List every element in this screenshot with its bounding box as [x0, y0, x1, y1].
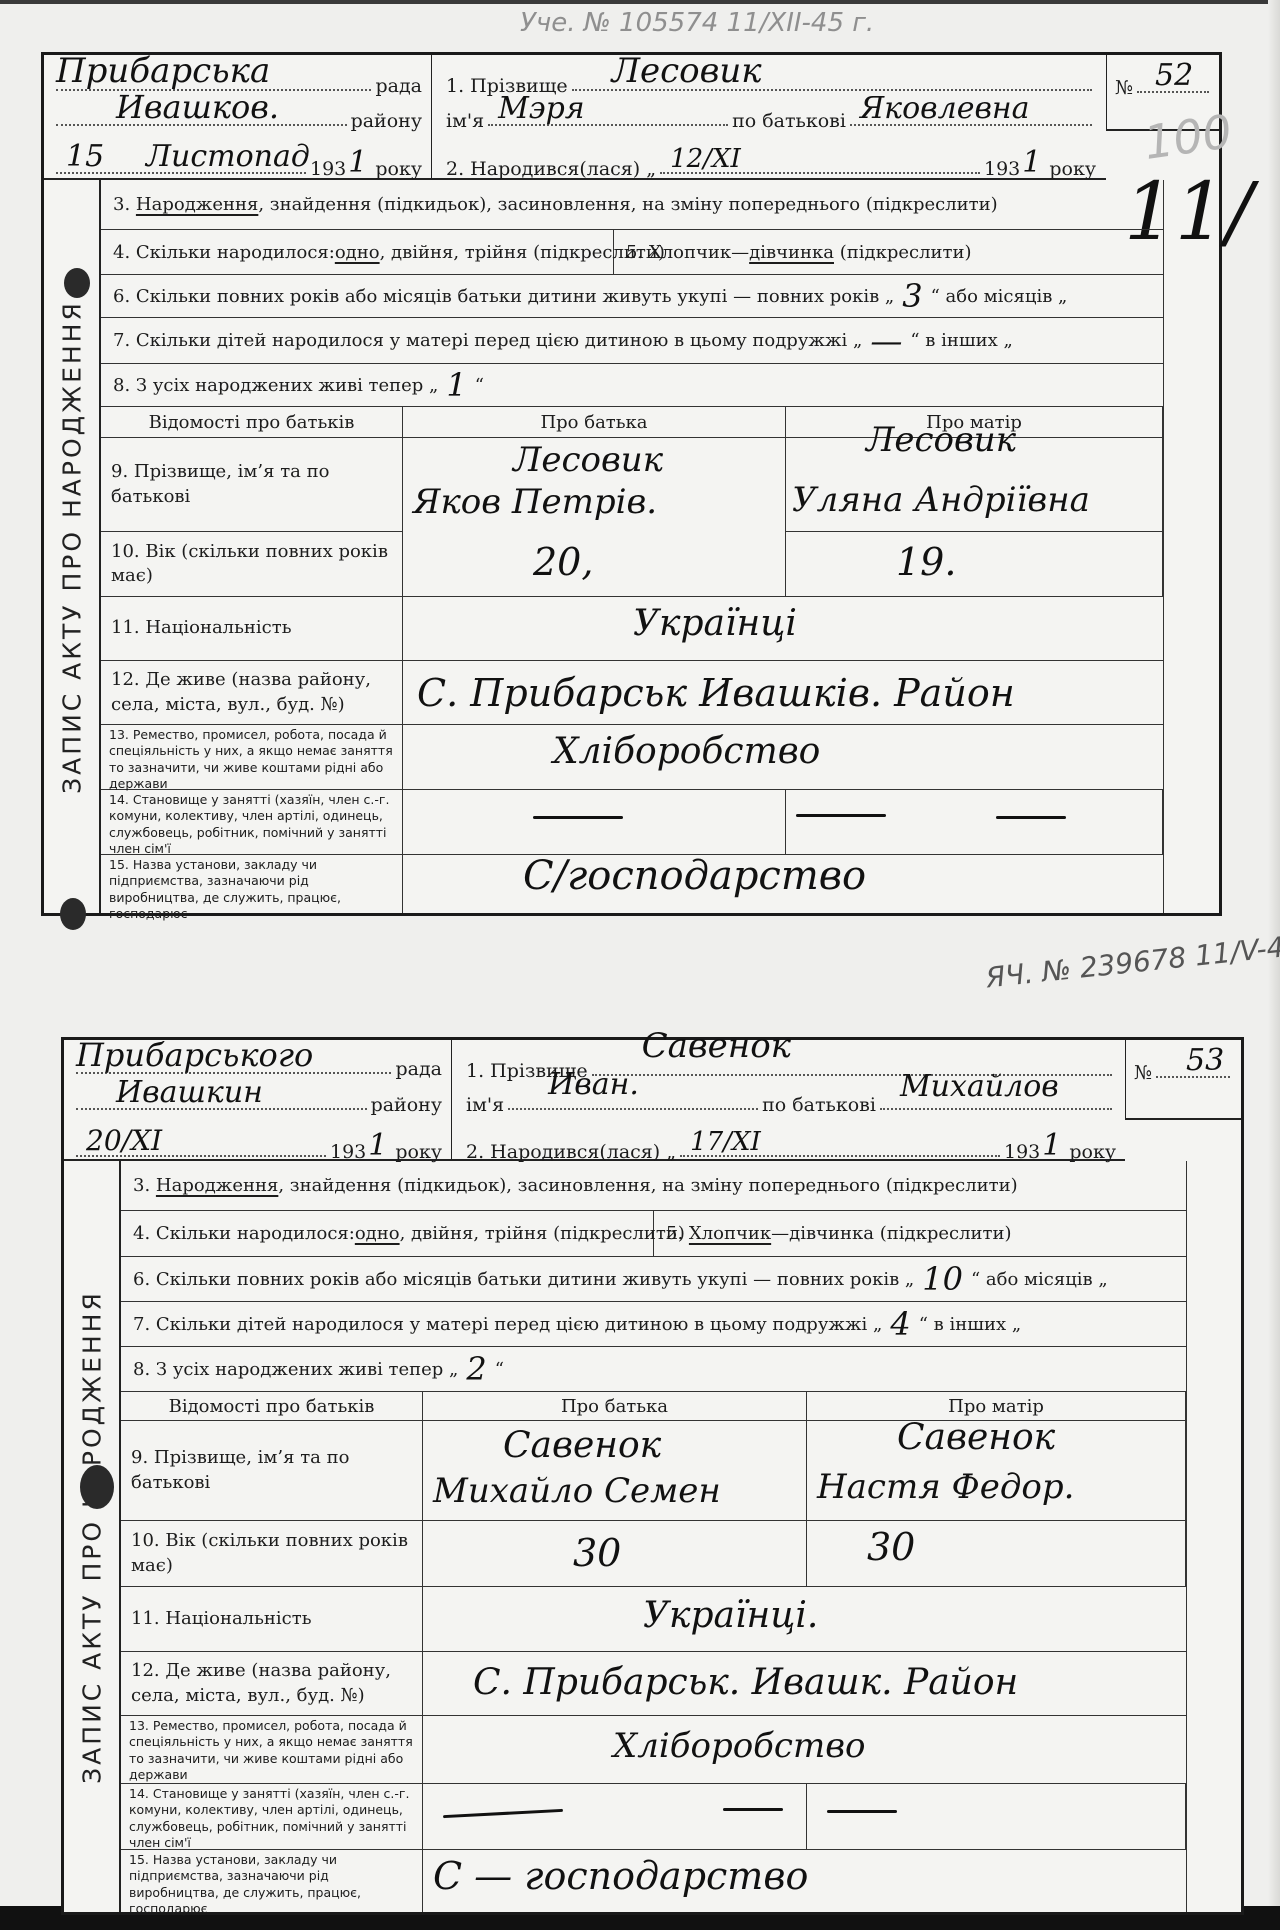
q7-label: 7. Скільки дітей народилося у матері пер…: [121, 1314, 882, 1335]
record-1-occupation-cell: Хліборобство: [403, 725, 1163, 790]
record-1-right-margin-column: [1163, 180, 1164, 913]
record-1-ink-blot-2: [60, 898, 86, 930]
record-2-residence: С. Прибарськ. Ивашк. Район: [473, 1662, 1018, 1703]
record-2-father-status-dash: [443, 1809, 563, 1818]
record-1-mother-surname: Лесовик: [866, 420, 1016, 460]
record-2-council-value: Прибарського: [76, 1036, 313, 1074]
patronymic-label: по батькові: [762, 1094, 876, 1116]
year-suffix: року: [1069, 1141, 1116, 1163]
year-prefix: 193: [310, 158, 346, 180]
q8-end-label: “: [475, 375, 484, 396]
record-2-mother-age-cell: 30: [807, 1521, 1186, 1587]
record-2-name-line: ім'я Иван. по батькові Михайлов: [466, 1094, 1116, 1116]
record-1-registry-office: Прибарська рада Ивашков. району 15Листоп…: [44, 55, 432, 180]
record-1-q4-q5-row: 4. Скільки народилося: одно, двійня, трі…: [101, 230, 1163, 275]
record-1-q6-row: 6. Скільки повних років або місяців бать…: [101, 275, 1163, 318]
record-1-mother-age-cell: 19.: [786, 532, 1163, 597]
record-2-q12-label: 12. Де живе (назва району, села, міста, …: [121, 1652, 423, 1716]
year-prefix: 193: [330, 1141, 366, 1163]
record-1-q9-label: 9. Прізвище, ім’я та по батькові: [101, 438, 403, 532]
council-suffix: рада: [395, 1058, 442, 1080]
record-2-workplace: С — господарство: [433, 1854, 808, 1898]
record-2-q14-label: 14. Становище у занятті (хазяїн, член с.…: [121, 1784, 423, 1850]
record-1-q12-label: 12. Де живе (назва району, села, міста, …: [101, 661, 403, 725]
record-2-district-line: Ивашкин району: [72, 1094, 442, 1116]
record-2-pencil-note: ЯЧ. № 239678 11/V-49: [984, 928, 1280, 994]
record-1-nationality: Українці: [633, 603, 797, 644]
record-2-father-name-cell: Савенок Михайло Семен: [423, 1421, 807, 1521]
record-2-birth-year-digit: 1: [1042, 1128, 1061, 1163]
record-1-council-value: Прибарська: [56, 51, 270, 91]
record-2-child-identity: 1. Прізвище Савенок ім'я Иван. по батько…: [452, 1040, 1125, 1161]
record-1-pencil-note: Уче. № 105574 11/XII-45 г.: [520, 8, 874, 38]
record-2-children-before: 4: [890, 1305, 910, 1343]
record-1-name-value: Мэря: [498, 91, 585, 126]
name-label: ім'я: [446, 110, 484, 132]
record-1-mother-status-dash-2: [996, 816, 1066, 819]
record-2-q4-q5-row: 4. Скільки народилося: одно, двійня, трі…: [121, 1211, 1186, 1257]
record-2-father-age: 30: [573, 1531, 621, 1575]
record-2-birth-date-value: 17/XI: [690, 1127, 761, 1157]
q6-label: 6. Скільки повних років або місяців бать…: [121, 1269, 914, 1290]
record-1-children-before: —: [870, 322, 902, 360]
page-right-edge: [1268, 0, 1280, 1930]
record-2-father-header: Про батька: [423, 1392, 807, 1421]
year-suffix: року: [395, 1141, 442, 1163]
year-prefix: 193: [984, 158, 1020, 180]
record-1-workplace: С/господарство: [523, 853, 866, 899]
record-1-father-name: Яков Петрів.: [413, 482, 657, 522]
record-2-q11-label: 11. Національність: [121, 1587, 423, 1652]
record-1-father-status-cell: [403, 790, 786, 855]
record-1-q8-row: 8. З усіх народжених живі тепер „ 1 “: [101, 364, 1163, 407]
year-prefix: 193: [1004, 1141, 1040, 1163]
record-2-district-value: Ивашкин: [116, 1075, 263, 1110]
record-2-father-status-dash-2: [723, 1808, 783, 1811]
record-2-q13-label: 13. Ремество, промисел, робота, посада й…: [121, 1716, 423, 1784]
q8-label: 8. З усіх народжених живі тепер „: [121, 1359, 458, 1380]
record-2-name-value: Иван.: [548, 1067, 639, 1102]
record-2-number-value: 53: [1186, 1043, 1224, 1078]
record-1-father-status-dash: [533, 816, 623, 819]
record-1-q13-label: 13. Ремество, промисел, робота, посада й…: [101, 725, 403, 790]
record-1-father-age-cell: 20,: [403, 532, 786, 597]
record-1-registration-month: Листопад: [146, 139, 310, 174]
record-2-q5-underlined: Хлопчик: [689, 1223, 771, 1244]
record-2-q6-row: 6. Скільки повних років або місяців бать…: [121, 1257, 1186, 1302]
patronymic-label: по батькові: [732, 110, 846, 132]
record-2-father-name: Михайло Семен: [433, 1471, 721, 1511]
record-2-form: Прибарського рада Ивашкин району 20/XI 1…: [61, 1037, 1244, 1915]
record-2-patronymic-value: Михайлов: [900, 1069, 1059, 1104]
record-1-number-line: № 52: [1115, 77, 1213, 99]
record-2-right-margin-column: [1186, 1161, 1187, 1912]
q3-label: 3. Народження, знайдення (підкидьок), за…: [101, 194, 998, 215]
record-2-margin-title: ЗАПИС АКТУ ПРО НАРОДЖЕННЯ: [77, 1290, 106, 1784]
record-2-margin-title-strip: ЗАПИС АКТУ ПРО НАРОДЖЕННЯ: [64, 1161, 121, 1912]
record-2-father-surname: Савенок: [503, 1425, 661, 1466]
record-1-workplace-cell: С/господарство: [403, 855, 1163, 913]
record-1-nationality-cell: Українці: [403, 597, 1163, 661]
record-1-q10-label: 10. Вік (скільки повних років має): [101, 532, 403, 597]
record-2-residence-cell: С. Прибарськ. Ивашк. Район: [423, 1652, 1186, 1716]
q6-label: 6. Скільки повних років або місяців бать…: [101, 286, 894, 307]
record-1-parents-header: Відомості про батьків: [101, 407, 403, 438]
record-1-registration-day: 15: [66, 139, 104, 174]
record-1-q3-row: 3. Народження, знайдення (підкидьок), за…: [101, 180, 1163, 230]
record-1-birth-date-value: 12/XI: [670, 144, 741, 174]
q5-label: 5. Хлопчик—дівчинка (підкреслити): [654, 1223, 1012, 1244]
record-1-occupation: Хліборобство: [553, 731, 820, 772]
record-1-mother-name: Уляна Андріївна: [792, 480, 1090, 520]
record-2-birth-date-line: 2. Народився(лася) „ 17/XI 1931 року: [466, 1128, 1116, 1163]
record-2-q3-row: 3. Народження, знайдення (підкидьок), за…: [121, 1161, 1186, 1211]
q6-end-label: “ або місяців „: [971, 1269, 1108, 1290]
q8-label: 8. З усіх народжених живі тепер „: [101, 375, 438, 396]
record-1-patronymic-value: Яковлевна: [860, 91, 1030, 126]
number-label: №: [1115, 77, 1133, 99]
record-2-q4-underlined: одно: [355, 1223, 400, 1244]
district-suffix: району: [351, 110, 422, 132]
record-2-ink-blot: [80, 1465, 114, 1509]
born-label: 2. Народився(лася) „: [466, 1141, 676, 1163]
record-1-q5-underlined: дівчинка: [749, 242, 834, 263]
record-1-mother-name-cell: Лесовик Уляна Андріївна: [786, 438, 1163, 532]
record-1-mother-age: 19.: [896, 540, 956, 584]
record-2-father-status-cell: [423, 1784, 807, 1850]
record-1-father-header: Про батька: [403, 407, 786, 438]
record-1-registration-year-digit: 1: [348, 145, 367, 180]
record-1-residence-cell: С. Прибарськ Ивашків. Район: [403, 661, 1163, 725]
record-2-workplace-cell: С — господарство: [423, 1850, 1186, 1912]
record-2-surname-value: Савенок: [642, 1026, 791, 1066]
record-1-district-value: Ивашков.: [116, 88, 279, 126]
record-1-district-line: Ивашков. району: [52, 110, 422, 132]
record-1-name-line: ім'я Мэря по батькові Яковлевна: [446, 110, 1096, 132]
record-2-occupation: Хліборобство: [613, 1726, 865, 1766]
record-2-nationality-cell: Українці.: [423, 1587, 1186, 1652]
page-top-edge: [0, 0, 1280, 4]
q6-end-label: “ або місяців „: [931, 286, 1068, 307]
record-1-q7-row: 7. Скільки дітей народилося у матері пер…: [101, 318, 1163, 364]
q8-end-label: “: [495, 1359, 504, 1380]
record-2-occupation-cell: Хліборобство: [423, 1716, 1186, 1784]
record-1-mother-status-cell: [786, 790, 1163, 855]
record-2-registration-date-line: 20/XI 1931 року: [72, 1128, 442, 1163]
record-1-number-value: 52: [1155, 58, 1193, 93]
record-2-nationality: Українці.: [643, 1595, 818, 1636]
record-2-mother-surname: Савенок: [897, 1417, 1055, 1458]
q7-end-label: “ в інших „: [919, 1314, 1021, 1335]
record-1-mother-status-dash-1: [796, 814, 886, 817]
district-suffix: району: [371, 1094, 442, 1116]
record-2-parents-header: Відомості про батьків: [121, 1392, 423, 1421]
record-1-q14-label: 14. Становище у занятті (хазяїн, член с.…: [101, 790, 403, 855]
q5-label: 5. Хлопчик—дівчинка (підкреслити): [614, 242, 972, 263]
record-1-father-name-cell: Лесовик Яков Петрів.: [403, 438, 786, 532]
q7-end-label: “ в інших „: [910, 330, 1012, 351]
q7-label: 7. Скільки дітей народилося у матері пер…: [101, 330, 862, 351]
q4-label: 4. Скільки народилося: одно, двійня, трі…: [121, 1211, 654, 1256]
record-2-q8-row: 8. З усіх народжених живі тепер „ 2 “: [121, 1347, 1186, 1392]
record-1-children-alive: 1: [446, 366, 466, 404]
record-2-q15-label: 15. Назва установи, закладу чи підприємс…: [121, 1850, 423, 1912]
record-1-father-age: 20,: [533, 540, 593, 584]
record-2-mother-age: 30: [867, 1525, 915, 1569]
record-1-margin-pencil-number: 100: [1141, 104, 1235, 170]
record-1-father-surname: Лесовик: [513, 440, 663, 480]
record-2-father-age-cell: 30: [423, 1521, 807, 1587]
record-2-registration-year-digit: 1: [368, 1128, 387, 1163]
record-2-q10-label: 10. Вік (скільки повних років має): [121, 1521, 423, 1587]
name-label: ім'я: [466, 1094, 504, 1116]
year-suffix: року: [375, 158, 422, 180]
record-2-children-alive: 2: [466, 1350, 486, 1388]
record-2-mother-name-cell: Савенок Настя Федор.: [807, 1421, 1186, 1521]
record-2-mother-name: Настя Федор.: [817, 1467, 1074, 1507]
record-2-q7-row: 7. Скільки дітей народилося у матері пер…: [121, 1302, 1186, 1347]
q4-label: 4. Скільки народилося: одно, двійня, трі…: [101, 230, 614, 274]
born-label: 2. Народився(лася) „: [446, 158, 656, 180]
record-1-margin-title: ЗАПИС АКТУ ПРО НАРОДЖЕННЯ: [57, 300, 86, 794]
year-suffix: року: [1049, 158, 1096, 180]
record-2-mother-status-cell: [807, 1784, 1186, 1850]
record-1-years-together: 3: [902, 277, 922, 315]
record-2-number-line: № 53: [1134, 1062, 1234, 1084]
record-2-registry-office: Прибарського рада Ивашкин району 20/XI 1…: [64, 1040, 452, 1161]
record-1-ink-blot: [64, 268, 90, 298]
record-1-q4-underlined: одно: [335, 242, 380, 263]
record-1-surname-value: Лесовик: [612, 51, 762, 91]
number-label: №: [1134, 1062, 1152, 1084]
record-1-child-identity: 1. Прізвище Лесовик ім'я Мэря по батьков…: [432, 55, 1106, 180]
record-1-registration-date-line: 15Листопад 1931 року: [52, 145, 422, 180]
record-2-mother-status-dash: [827, 1810, 897, 1813]
record-1-q3-underlined: Народження: [136, 194, 258, 215]
record-2-q9-label: 9. Прізвище, ім’я та по батькові: [121, 1421, 423, 1521]
record-1-q15-label: 15. Назва установи, закладу чи підприємс…: [101, 855, 403, 913]
record-1-form: Прибарська рада Ивашков. району 15Листоп…: [41, 52, 1222, 916]
record-2-registration-date: 20/XI: [86, 1124, 162, 1157]
record-1-birth-date-line: 2. Народився(лася) „ 12/XI 1931 року: [446, 145, 1096, 180]
record-2-number-box: № 53: [1125, 1040, 1241, 1120]
record-2-years-together: 10: [922, 1260, 963, 1298]
record-1-birth-year-digit: 1: [1022, 145, 1041, 180]
record-1-q11-label: 11. Національність: [101, 597, 403, 661]
record-1-residence: С. Прибарськ Ивашків. Район: [417, 671, 1015, 715]
record-2-q3-underlined: Народження: [156, 1175, 278, 1196]
council-suffix: рада: [375, 75, 422, 97]
